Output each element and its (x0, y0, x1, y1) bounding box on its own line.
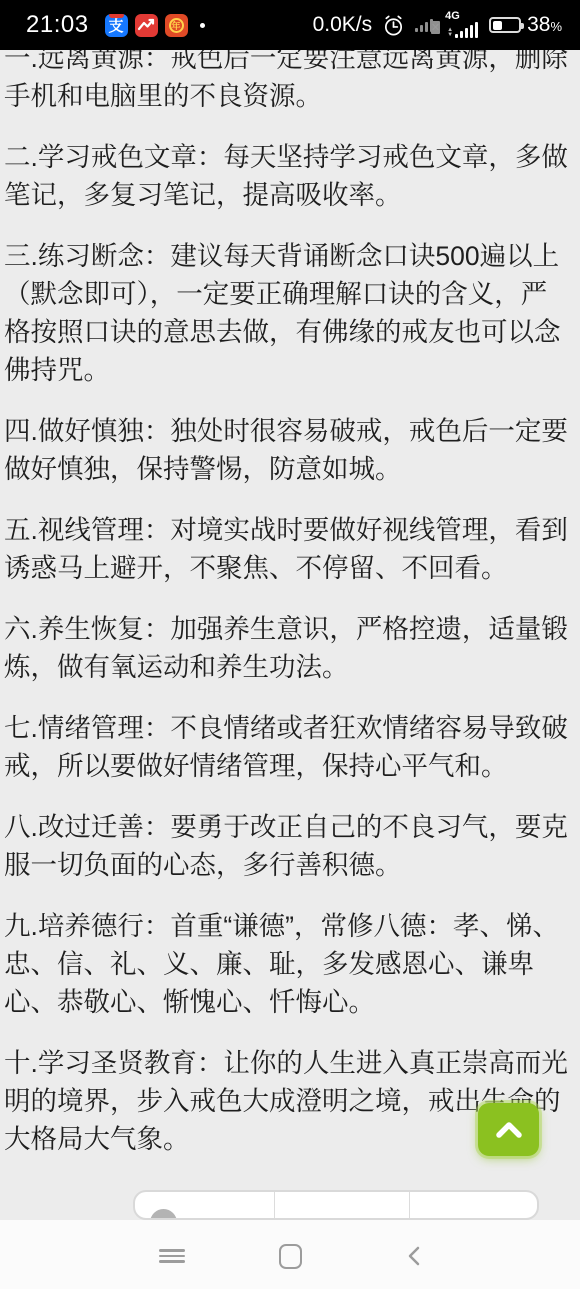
text-line: 佛持咒。 (4, 351, 580, 389)
text-line: 十.学习圣贤教育：让你的人生进入真正崇高而光 (4, 1044, 580, 1082)
home-button[interactable] (273, 1241, 307, 1271)
network-speed: 0.0K/s (313, 13, 373, 37)
text-line: 戒，所以要做好情绪管理，保持心平气和。 (4, 747, 580, 785)
text-line: 手机和电脑里的不良资源。 (4, 77, 580, 115)
status-bar: 21:03 支 年 0.0K/s (0, 0, 580, 50)
footer-next-link[interactable]: 下一篇 (409, 1192, 537, 1220)
sim2-signal-icon: 4G ▲▼ (447, 12, 478, 38)
coin-ring-icon: 年 (169, 18, 184, 33)
footer-prev-link[interactable]: 上一篇 (274, 1192, 408, 1220)
alipay-notification-icon: 支 (105, 14, 128, 37)
home-square-icon (279, 1244, 302, 1269)
article-footer-nav: 目录 上一篇 下一篇 (133, 1190, 539, 1220)
text-line: 笔记，多复习笔记，提高吸收率。 (4, 176, 580, 214)
network-type-label: 4G (445, 10, 460, 22)
text-line: 六.养生恢复：加强养生意识，严格控遗，适量锻 (4, 610, 580, 648)
back-to-top-button[interactable] (478, 1103, 539, 1156)
notification-icons: 支 年 (98, 14, 188, 37)
paragraph: 七.情绪管理：不良情绪或者狂欢情绪容易导致破戒，所以要做好情绪管理，保持心平气和… (4, 709, 580, 785)
paragraph: 一.远离黄源：戒色后一定要注意远离黄源，删除手机和电脑里的不良资源。 (4, 39, 580, 115)
recents-button[interactable] (155, 1241, 189, 1271)
text-line: 九.培养德行：首重“谦德”，常修八德：孝、悌、 (4, 907, 580, 945)
text-line: （默念即可），一定要正确理解口诀的含义，严 (4, 275, 580, 313)
text-line: 七.情绪管理：不良情绪或者狂欢情绪容易导致破 (4, 709, 580, 747)
paragraph: 九.培养德行：首重“谦德”，常修八德：孝、悌、忠、信、礼、义、廉、耻，多发感恩心… (4, 907, 580, 1021)
phone-screen: 21:03 支 年 0.0K/s (0, 0, 580, 1289)
battery-percent: 38% (527, 13, 562, 37)
article-body: 一.远离黄源：戒色后一定要注意远离黄源，删除手机和电脑里的不良资源。二.学习戒色… (4, 39, 580, 1181)
battery-fill (493, 21, 503, 30)
footer-next-label: 下一篇 (438, 1211, 516, 1220)
footer-contents-link[interactable]: 目录 (135, 1192, 274, 1220)
menu-lines-icon (159, 1247, 185, 1266)
text-line: 做好慎独，保持警惕，防意如城。 (4, 450, 580, 488)
text-line: 八.改过迁善：要勇于改正自己的不良习气，要克 (4, 808, 580, 846)
text-line: 忠、信、礼、义、廉、耻，多发感恩心、谦卑 (4, 945, 580, 983)
chevron-up-icon (494, 1120, 524, 1140)
new-year-notification-icon: 年 (165, 14, 188, 37)
battery-icon (489, 17, 521, 33)
sim1-no-signal-icon: ✕ (415, 19, 433, 32)
text-line: 格按照口诀的意思去做，有佛缘的戒友也可以念 (4, 313, 580, 351)
footer-prev-label: 上一篇 (305, 1211, 383, 1220)
text-line: 心、恭敬心、惭愧心、忏悔心。 (4, 983, 580, 1021)
back-button[interactable] (397, 1241, 431, 1271)
paragraph: 八.改过迁善：要勇于改正自己的不良习气，要克服一切负面的心态，多行善积德。 (4, 808, 580, 884)
paragraph: 三.练习断念：建议每天背诵断念口诀500遍以上（默念即可），一定要正确理解口诀的… (4, 237, 580, 389)
text-line: 诱惑马上避开，不聚焦、不停留、不回看。 (4, 549, 580, 587)
text-line: 二.学习戒色文章：每天坚持学习戒色文章，多做 (4, 138, 580, 176)
zigzag-line-icon (137, 16, 156, 35)
paragraph: 二.学习戒色文章：每天坚持学习戒色文章，多做笔记，多复习笔记，提高吸收率。 (4, 138, 580, 214)
status-time: 21:03 (26, 11, 89, 39)
circle-avatar-icon (150, 1209, 177, 1220)
text-line: 四.做好慎独：独处时很容易破戒，戒色后一定要 (4, 412, 580, 450)
footer-contents-label: 目录 (197, 1211, 249, 1220)
notification-overflow-dot (200, 23, 205, 28)
android-nav-bar (0, 1220, 580, 1289)
paragraph: 六.养生恢复：加强养生意识，严格控遗，适量锻炼，做有氧运动和养生功法。 (4, 610, 580, 686)
text-line: 五.视线管理：对境实战时要做好视线管理，看到 (4, 511, 580, 549)
data-activity-arrows-icon: ▲▼ (447, 28, 453, 38)
alarm-clock-icon (382, 14, 405, 37)
text-line: 炼，做有氧运动和养生功法。 (4, 648, 580, 686)
text-line: 服一切负面的心态，多行善积德。 (4, 846, 580, 884)
paragraph: 五.视线管理：对境实战时要做好视线管理，看到诱惑马上避开，不聚焦、不停留、不回看… (4, 511, 580, 587)
paragraph: 四.做好慎独：独处时很容易破戒，戒色后一定要做好慎独，保持警惕，防意如城。 (4, 412, 580, 488)
text-line: 三.练习断念：建议每天背诵断念口诀500遍以上 (4, 237, 580, 275)
chevron-left-icon (405, 1244, 423, 1268)
stock-chart-notification-icon (135, 14, 158, 37)
